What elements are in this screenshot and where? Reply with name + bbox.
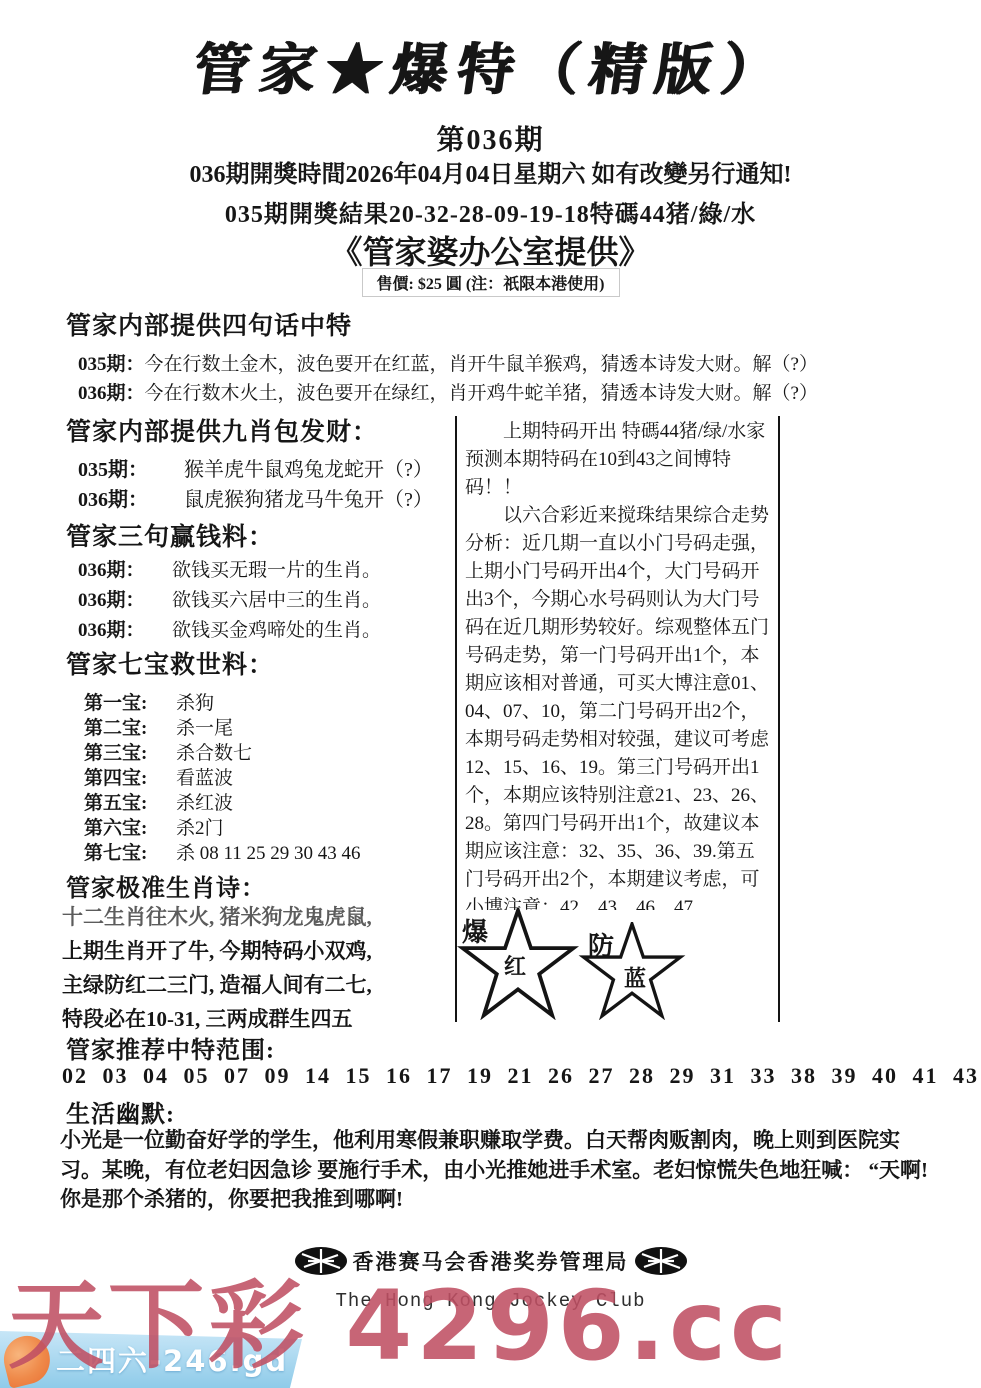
row-text: 杀红波	[176, 793, 233, 814]
row-label: 第六宝:	[84, 813, 176, 840]
seven-treasures-row: 第七宝:杀 08 11 25 29 30 43 46	[84, 838, 361, 865]
three-sentences-row: 036期：欲钱买六居中三的生肖。	[78, 585, 381, 612]
row-label: 第二宝:	[84, 713, 176, 740]
row-label: 035期：	[78, 453, 184, 482]
row-text: 今在行数土金木，波色要开在红蓝，肖开牛鼠羊猴鸡，猜透本诗发大财。解（?）	[145, 354, 818, 375]
row-text: 今在行数木火土，波色要开在绿红，肖开鸡牛蛇羊猪，猜透本诗发大财。解（?）	[145, 383, 818, 404]
row-text: 猴羊虎牛鼠鸡兔龙蛇开（?）	[184, 459, 433, 481]
three-sentences-row: 036期：欲钱买无瑕一片的生肖。	[78, 555, 381, 582]
row-text: 杀狗	[176, 693, 214, 714]
seven-treasures-row: 第二宝:杀一尾	[84, 713, 233, 740]
row-label: 第三宝:	[84, 738, 176, 765]
seven-treasures-row: 第五宝:杀红波	[84, 788, 233, 815]
analysis-paragraph-1: 上期特码开出 特碼44猪/绿/水家预测本期特码在10到43之间博特码！！	[465, 418, 772, 502]
star1-inner-label: 红	[504, 950, 526, 981]
nine-zodiac-row: 035期：猴羊虎牛鼠鸡兔龙蛇开（?）	[78, 453, 433, 482]
price-note-wrap: 售價: $25 圓 (注：祇限本港使用)	[0, 268, 981, 297]
section-heading-nine-zodiac: 管家内部提供九肖包发财：	[66, 412, 378, 448]
provider-title: 《管家婆办公室提供》	[0, 227, 981, 273]
watermark-site-text: 天下彩 4296.cc	[8, 1276, 791, 1377]
row-label: 第四宝:	[84, 763, 176, 790]
poem-line: 上期生肖开了牛, 今期特码小双鸡,	[62, 935, 372, 965]
page-title: 管家★爆特（精版）	[0, 26, 981, 106]
poem-line: 特段必在10-31, 三两成群生四五	[62, 1003, 353, 1033]
row-label: 第五宝:	[84, 788, 176, 815]
four-sentences-row: 036期：今在行数木火土，波色要开在绿红，肖开鸡牛蛇羊猪，猜透本诗发大财。解（?…	[78, 378, 818, 405]
nine-zodiac-row: 036期：鼠虎猴狗猪龙马牛兔开（?）	[78, 483, 433, 512]
last-result-line: 035期開獎結果20-32-28-09-19-18特碼44猪/綠/水	[0, 194, 981, 229]
row-label: 036期：	[78, 585, 172, 612]
row-label: 036期：	[78, 555, 172, 582]
analysis-text: 上期特码开出 特碼44猪/绿/水家预测本期特码在10到43之间博特码！！ 以六合…	[457, 416, 778, 910]
row-text: 欲钱买六居中三的生肖。	[172, 590, 381, 611]
poem-line: 主绿防红二三门, 造福人间有二七,	[62, 969, 372, 999]
tip-sheet-page: 管家★爆特（精版） 第036期 036期開獎時間2026年04月04日星期六 如…	[0, 0, 981, 1388]
section-heading-humor: 生活幽默:	[66, 1094, 175, 1129]
row-text: 鼠虎猴狗猪龙马牛兔开（?）	[184, 489, 433, 511]
price-note: 售價: $25 圓 (注：祇限本港使用)	[362, 268, 620, 297]
row-text: 杀2门	[176, 818, 224, 839]
row-text: 杀合数七	[176, 743, 252, 764]
section-heading-three-sentences: 管家三句赢钱料：	[66, 517, 274, 553]
analysis-paragraph-2: 以六合彩近来搅珠结果综合走势分析：近几期一直以小门号码走强，上期小门号码开出4个…	[465, 502, 772, 910]
row-text: 欲钱买金鸡啼处的生肖。	[172, 620, 381, 641]
seven-treasures-row: 第四宝:看蓝波	[84, 763, 233, 790]
three-sentences-row: 036期：欲钱买金鸡啼处的生肖。	[78, 615, 381, 642]
section-heading-seven-treasures: 管家七宝救世料：	[66, 645, 274, 681]
row-text: 欲钱买无瑕一片的生肖。	[172, 560, 381, 581]
section-heading-recommend-range: 管家推荐中特范围:	[66, 1030, 275, 1065]
seven-treasures-row: 第三宝:杀合数七	[84, 738, 252, 765]
section-heading-zodiac-poem: 管家极准生肖诗：	[66, 868, 266, 903]
poem-line: 十二生肖往木火, 猪米狗龙鬼虎鼠,	[62, 901, 372, 931]
issue-number: 第036期	[0, 118, 981, 158]
recommend-numbers: 02 03 04 05 07 09 14 15 16 17 19 21 26 2…	[62, 1063, 981, 1089]
row-label: 035期：	[78, 349, 145, 376]
draw-time-line: 036期開獎時間2026年04月04日星期六 如有改變另行通知!	[0, 154, 981, 189]
star1-outer-label: 爆	[462, 912, 488, 949]
row-label: 第七宝:	[84, 838, 176, 865]
seven-treasures-row: 第一宝:杀狗	[84, 688, 214, 715]
seven-treasures-row: 第六宝:杀2门	[84, 813, 224, 840]
star2-outer-label: 防	[588, 926, 614, 963]
row-label: 036期：	[78, 483, 184, 512]
row-label: 036期：	[78, 615, 172, 642]
four-sentences-row: 035期：今在行数土金木，波色要开在红蓝，肖开牛鼠羊猴鸡，猜透本诗发大财。解（?…	[78, 349, 818, 376]
section-heading-four-sentences: 管家内部提供四句话中特	[66, 306, 352, 342]
row-text: 杀一尾	[176, 718, 233, 739]
row-label: 036期：	[78, 378, 145, 405]
star2-inner-label: 蓝	[624, 962, 646, 993]
row-label: 第一宝:	[84, 688, 176, 715]
humor-text: 小光是一位勤奋好学的学生，他利用寒假兼职赚取学费。白天帮肉贩割肉，晚上则到医院实…	[60, 1126, 940, 1215]
row-text: 看蓝波	[176, 768, 233, 789]
row-text: 杀 08 11 25 29 30 43 46	[176, 843, 361, 864]
